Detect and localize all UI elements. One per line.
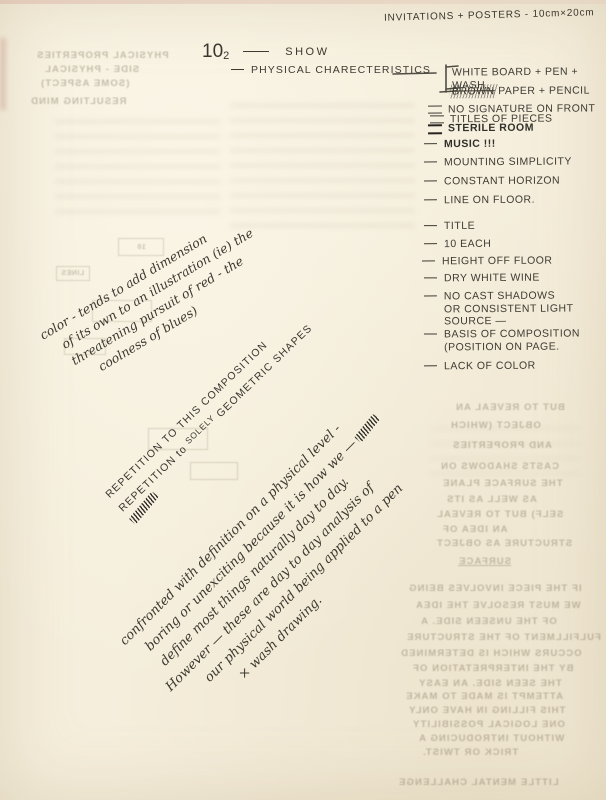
checklist-item-text: PAPER + PENCIL [498, 85, 590, 98]
show-label: SHOW [285, 46, 329, 58]
bleedthrough-text: ONE LOGICAL POSSIBILITY [412, 719, 565, 730]
bleedthrough-text: WITHOUT INTRODUCING A [418, 733, 564, 744]
bleedthrough-text: SURFACE [458, 556, 511, 567]
checklist-item: STERILE ROOM [428, 122, 534, 135]
checklist-item: BASIS OF COMPOSITION (POSITION ON PAGE. [424, 327, 580, 353]
bleed-smudge [55, 118, 220, 213]
bleedthrough-box-label: LINES [61, 270, 84, 277]
checklist-item-label: NO CAST SHADOWS OR CONSISTENT LIGHT SOUR… [444, 289, 574, 327]
checklist-item-label: BROWN PAPER + PENCIL [452, 85, 590, 98]
dash-bullet [424, 180, 437, 181]
checklist-item-label: BASIS OF COMPOSITION (POSITION ON PAGE. [444, 327, 580, 353]
bleedthrough-text: STRUCTURE AS OBJECT [436, 538, 572, 549]
bleedthrough-text: OBJECT (WHICH [450, 420, 541, 431]
bleedthrough-text: RESULTING MIND [30, 96, 127, 107]
checklist-item: MOUNTING SIMPLICITY [424, 155, 572, 169]
checklist-item: LACK OF COLOR [424, 360, 536, 373]
dash-bullet [424, 161, 437, 162]
dash-bullet [424, 143, 437, 144]
checklist-item: TITLE [424, 220, 475, 233]
bleedthrough-text: AN IDEA OF [442, 524, 508, 535]
dash-bullet [424, 295, 437, 296]
dash-bullet [424, 365, 437, 366]
bleedthrough-text: AS WELL AS ITS [446, 494, 537, 505]
ink-smudge [0, 38, 6, 110]
show-title: 102 SHOW [202, 42, 330, 62]
bleedthrough-text: IF THE PIECE INVOLVES BEING [408, 583, 582, 594]
bleedthrough-text: LITTLE MENTAL CHALLENGE [398, 777, 559, 788]
struck-word: BROWN [452, 85, 495, 97]
notebook-page: PHYSICAL PROPERTIES SIDE - PHYSICAL (SOM… [0, 0, 606, 800]
bleedthrough-text: AND PROPERTIES [452, 440, 552, 451]
bleedthrough-text: TRICK OR TWIST. [422, 747, 518, 758]
bleedthrough-text: OCCURS WHICH IS DETERMINED [400, 648, 582, 659]
top-right-caption: INVITATIONS + POSTERS - 10cm×20cm [384, 7, 595, 24]
checklist-item-label: STERILE ROOM [448, 122, 534, 135]
bleedthrough-text: FULFILLMENT OF THE STRUCTURE [406, 632, 601, 643]
bleedthrough-text: OF THE UNSEEN SIDE. A [420, 616, 557, 627]
bleedthrough-box: LINES [56, 266, 90, 281]
show-number-subscript: 2 [223, 51, 229, 62]
checklist-item-label: TITLE [444, 220, 475, 233]
dash-bullet [424, 333, 437, 334]
page-top-edge [0, 0, 606, 4]
checklist-item: 10 EACH [424, 238, 491, 251]
bleedthrough-text: THE SURFACE PLANE [442, 478, 563, 489]
dash-bullet [424, 225, 437, 226]
checklist-item-label: CONSTANT HORIZON [444, 175, 560, 188]
bleedthrough-box-label: 10 [137, 244, 146, 251]
checklist-item: BROWN PAPER + PENCIL [452, 85, 590, 98]
dash-bullet [424, 199, 437, 200]
checklist-item: LINE ON FLOOR. [424, 194, 535, 207]
dash-bullet [231, 69, 244, 70]
bleedthrough-box: 10 [118, 238, 164, 256]
bleedthrough-text: BY THE INTERPRETATION OF [412, 663, 574, 674]
bleedthrough-text: SELF) BUT TO REVEAL [436, 509, 563, 520]
bleedthrough-text: CASTS SHADOWS ON [440, 461, 559, 472]
bleedthrough-text: ATTEMPT IS MADE TO MAKE [405, 691, 563, 702]
dash-bullet [424, 277, 437, 278]
checklist-item-label: MOUNTING SIMPLICITY [444, 155, 572, 168]
dash-bullet [424, 243, 437, 244]
checklist-item: NO CAST SHADOWS OR CONSISTENT LIGHT SOUR… [424, 289, 574, 328]
bleedthrough-text: SIDE - PHYSICAL [44, 64, 139, 75]
checklist-item-label: MUSIC !!! [444, 138, 496, 151]
dash-bullet [422, 260, 435, 261]
bleed-smudge [230, 92, 415, 227]
checklist-item-label: HEIGHT OFF FLOOR [442, 255, 553, 268]
checklist-item: CONSTANT HORIZON [424, 175, 560, 188]
checklist-item-label: 10 EACH [444, 238, 491, 251]
checklist-item: HEIGHT OFF FLOOR [422, 255, 553, 268]
bleedthrough-text: THE SEEN SIDE. AN EASY [418, 678, 562, 689]
checklist-item: MUSIC !!! [424, 138, 496, 151]
checklist-item-label: LINE ON FLOOR. [444, 194, 535, 207]
checklist-item-label: DRY WHITE WINE [444, 272, 540, 285]
double-dash-bullet [428, 124, 442, 134]
bleedthrough-text: PHYSICAL PROPERTIES [36, 50, 169, 61]
bleedthrough-text: THIS FILLING IN HAVE ONLY [408, 705, 565, 716]
show-number: 10 [202, 42, 223, 61]
checklist-item-label: LACK OF COLOR [444, 360, 536, 373]
bleedthrough-text: (SOME ASPECT) [40, 78, 129, 89]
bleedthrough-text: WE MUST RESOLVE THE IDEA [415, 600, 581, 611]
checklist-item: DRY WHITE WINE [424, 272, 540, 285]
bleedthrough-text: BUT TO REVEAL AN [455, 402, 565, 413]
dash-stroke [243, 51, 269, 52]
